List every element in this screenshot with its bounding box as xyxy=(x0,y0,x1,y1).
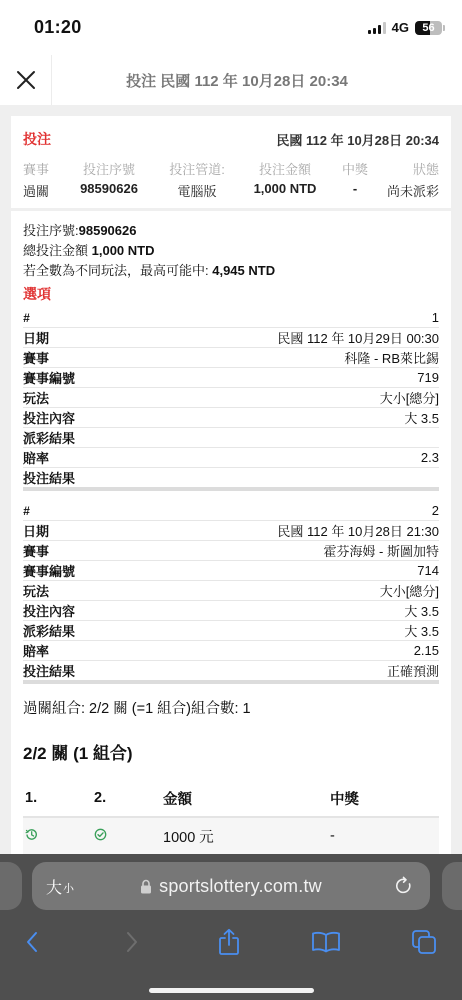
row-value: 正確預測 xyxy=(387,661,439,680)
back-button[interactable] xyxy=(10,920,54,964)
leg-row: 賠率2.3 xyxy=(23,448,439,468)
row-key: 賽事 xyxy=(23,541,49,560)
status-indicators: 4G 56 xyxy=(368,20,442,35)
row-key: 派彩結果 xyxy=(23,428,75,447)
leg-row: 投注內容大 3.5 xyxy=(23,408,439,428)
clock-pending-icon xyxy=(25,828,38,841)
bet-label: 投注 xyxy=(23,129,51,149)
address-bar[interactable]: 大小 sportslottery.com.tw xyxy=(32,862,430,910)
battery-level: 56 xyxy=(422,22,434,34)
home-indicator[interactable] xyxy=(149,988,314,993)
row-value: 大 3.5 xyxy=(404,601,439,620)
leg-row: #1 xyxy=(23,308,439,328)
max-win-value: 4,945 NTD xyxy=(212,263,275,278)
row-key: 玩法 xyxy=(23,388,49,407)
book-icon xyxy=(311,930,341,954)
forward-button[interactable] xyxy=(110,920,154,964)
row-value: 大 3.5 xyxy=(404,408,439,427)
combination-table: 1. 2. 金額 中獎 1000 元 - xyxy=(23,780,439,854)
chevron-left-icon xyxy=(24,930,40,954)
leg-row: 賠率2.15 xyxy=(23,641,439,661)
leg-row: 玩法大小[總分] xyxy=(23,581,439,601)
row-value: 2 xyxy=(432,503,439,518)
selection-leg-1: #1 日期民國 112 年 10月29日 00:30 賽事科隆 - RB萊比錫 … xyxy=(23,308,439,491)
row-key: 日期 xyxy=(23,521,49,540)
leg-row: 賽事編號719 xyxy=(23,368,439,388)
row-key: 投注內容 xyxy=(23,408,75,427)
previous-tab-peek[interactable] xyxy=(0,862,22,910)
leg-1-status xyxy=(25,828,94,845)
value-event: 過關 xyxy=(23,181,65,200)
row-value: 1 xyxy=(432,310,439,325)
tabs-button[interactable] xyxy=(402,920,446,964)
col-header-channel: 投注管道: xyxy=(153,159,241,178)
col-prize: 中獎 xyxy=(330,788,439,809)
leg-row: 玩法大小[總分] xyxy=(23,388,439,408)
value-prize: - xyxy=(329,181,381,200)
serial-label: 投注序號: xyxy=(23,223,79,238)
bookmarks-button[interactable] xyxy=(304,920,348,964)
lock-icon xyxy=(140,879,152,894)
next-tab-peek[interactable] xyxy=(442,862,462,910)
row-key: 日期 xyxy=(23,328,49,347)
leg-row: 投注結果正確預測 xyxy=(23,661,439,684)
summary-table: 賽事 投注序號 投注管道: 投注金額 中獎 狀態 過關 98590626 電腦版… xyxy=(23,159,439,200)
value-amount: 1,000 NTD xyxy=(241,181,329,200)
row-key: 賠率 xyxy=(23,448,49,467)
tabs-icon xyxy=(411,929,437,955)
page-header: 投注 民國 112 年 10月28日 20:34 xyxy=(0,55,462,105)
leg-row: 日期民國 112 年 10月28日 21:30 xyxy=(23,521,439,541)
status-bar: 01:20 4G 56 xyxy=(0,0,462,55)
total-label: 總投注金額 xyxy=(23,243,92,258)
chevron-right-icon xyxy=(124,930,140,954)
row-value: 民國 112 年 10月29日 00:30 xyxy=(277,328,439,347)
options-title: 選項 xyxy=(23,284,439,304)
status-time: 01:20 xyxy=(34,17,82,38)
row-value: 2.15 xyxy=(414,643,439,658)
combination-table-header: 1. 2. 金額 中獎 xyxy=(23,780,439,818)
row-value: 2.3 xyxy=(421,450,439,465)
row-key: 投注內容 xyxy=(23,601,75,620)
battery-icon: 56 xyxy=(415,21,442,35)
row-value: 科隆 - RB萊比錫 xyxy=(344,348,439,367)
leg-row: 日期民國 112 年 10月29日 00:30 xyxy=(23,328,439,348)
bet-datetime: 民國 112 年 10月28日 20:34 xyxy=(276,130,439,149)
row-key: 投注結果 xyxy=(23,661,75,680)
share-button[interactable] xyxy=(207,920,251,964)
leg-row: 賽事霍芬海姆 - 斯圖加特 xyxy=(23,541,439,561)
col-leg-2: 2. xyxy=(94,790,163,806)
leg-row: 賽事科隆 - RB萊比錫 xyxy=(23,348,439,368)
row-value: 民國 112 年 10月28日 21:30 xyxy=(277,521,439,540)
row-key: 賠率 xyxy=(23,641,49,660)
close-button[interactable] xyxy=(0,55,52,105)
col-header-serial: 投注序號 xyxy=(65,159,153,178)
bet-summary-card: 投注 民國 112 年 10月28日 20:34 賽事 投注序號 投注管道: 投… xyxy=(11,116,451,208)
table-row: 1000 元 - xyxy=(23,818,439,854)
prize-value: - xyxy=(330,828,439,844)
total-line: 總投注金額 1,000 NTD xyxy=(23,241,439,261)
col-header-event: 賽事 xyxy=(23,159,65,178)
share-icon xyxy=(217,928,241,956)
max-win-label: 若全數為不同玩法，最高可能中: xyxy=(23,263,212,278)
row-value: 719 xyxy=(417,370,439,385)
row-value: 714 xyxy=(417,563,439,578)
reload-button[interactable] xyxy=(392,874,416,898)
row-key: 賽事 xyxy=(23,348,49,367)
combination-summary: 過關組合: 2/2 關 (=1 組合)組合數: 1 xyxy=(23,698,439,720)
selection-leg-2: #2 日期民國 112 年 10月28日 21:30 賽事霍芬海姆 - 斯圖加特… xyxy=(23,501,439,684)
serial-value: 98590626 xyxy=(79,223,137,238)
leg-row: #2 xyxy=(23,501,439,521)
col-amount: 金額 xyxy=(163,788,330,809)
row-key: 賽事編號 xyxy=(23,561,75,580)
bet-detail-card: 投注序號:98590626 總投注金額 1,000 NTD 若全數為不同玩法，最… xyxy=(11,211,451,856)
value-serial: 98590626 xyxy=(65,181,153,200)
reload-icon xyxy=(394,876,414,896)
url-display[interactable]: sportslottery.com.tw xyxy=(32,862,430,910)
close-icon xyxy=(16,70,36,90)
col-leg-1: 1. xyxy=(25,790,94,806)
leg-row: 投注結果 xyxy=(23,468,439,491)
row-key: 投注結果 xyxy=(23,468,75,487)
row-value: 大小[總分] xyxy=(380,581,439,600)
leg-row: 派彩結果 xyxy=(23,428,439,448)
total-value: 1,000 NTD xyxy=(92,243,155,258)
browser-toolbar xyxy=(0,920,462,964)
col-header-status: 狀態 xyxy=(381,159,439,178)
page-title: 投注 民國 112 年 10月28日 20:34 xyxy=(52,55,462,105)
row-key: 派彩結果 xyxy=(23,621,75,640)
leg-2-status xyxy=(94,828,163,845)
value-channel: 電腦版 xyxy=(153,181,241,200)
row-value: 大 3.5 xyxy=(404,621,439,640)
col-header-prize: 中獎 xyxy=(329,159,381,178)
leg-row: 投注內容大 3.5 xyxy=(23,601,439,621)
serial-line: 投注序號:98590626 xyxy=(23,221,439,241)
browser-bottom-bar: 大小 sportslottery.com.tw xyxy=(0,854,462,1000)
cellular-signal-icon xyxy=(368,22,386,34)
row-key: 玩法 xyxy=(23,581,49,600)
row-key: # xyxy=(23,311,30,325)
col-header-amount: 投注金額 xyxy=(241,159,329,178)
row-key: # xyxy=(23,504,30,518)
check-circle-icon xyxy=(94,828,107,841)
combination-title: 2/2 關 (1 組合) xyxy=(23,742,439,766)
leg-row: 賽事編號714 xyxy=(23,561,439,581)
network-type: 4G xyxy=(392,20,409,35)
leg-row: 派彩結果大 3.5 xyxy=(23,621,439,641)
row-value: 大小[總分] xyxy=(380,388,439,407)
url-text: sportslottery.com.tw xyxy=(159,876,322,897)
row-value: 霍芬海姆 - 斯圖加特 xyxy=(323,541,439,560)
row-key: 賽事編號 xyxy=(23,368,75,387)
value-status: 尚未派彩 xyxy=(381,181,439,200)
amount-value: 1000 元 xyxy=(163,826,330,847)
max-win-line: 若全數為不同玩法，最高可能中: 4,945 NTD xyxy=(23,261,439,281)
